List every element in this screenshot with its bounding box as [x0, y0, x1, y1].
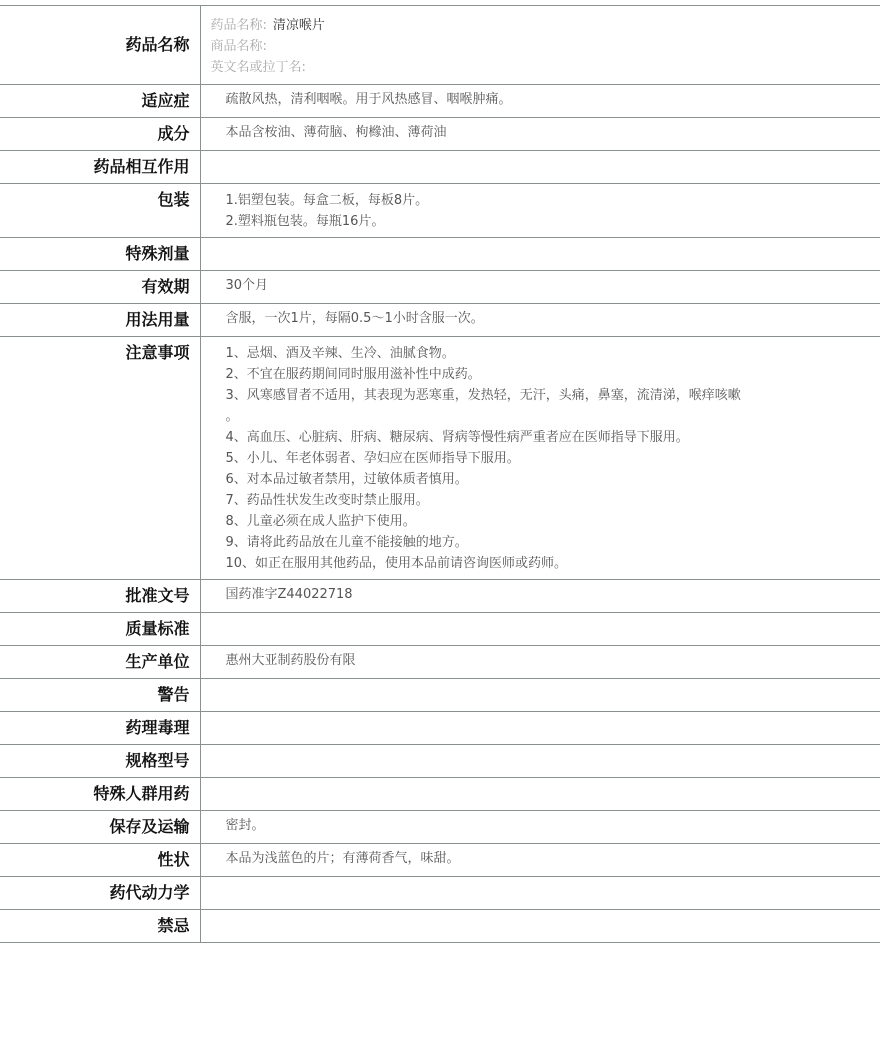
label-specification: 规格型号: [0, 745, 200, 778]
label-manufacturer: 生产单位: [0, 646, 200, 679]
label-warning: 警告: [0, 679, 200, 712]
precaution-item: 1、忌烟、酒及辛辣、生冷、油腻食物。: [226, 343, 880, 364]
row-precautions: 注意事项 1、忌烟、酒及辛辣、生冷、油腻食物。 2、不宜在服药期间同时服用滋补性…: [0, 337, 880, 580]
generic-name-value: 清凉喉片: [273, 18, 325, 33]
drug-spec-table: 药品名称 药品名称:清凉喉片 商品名称: 英文名或拉丁名: 适应症 疏散风热，清…: [0, 5, 880, 943]
row-specification: 规格型号: [0, 745, 880, 778]
precaution-item: 10、如正在服用其他药品，使用本品前请咨询医师或药师。: [226, 553, 880, 574]
value-special-dosage: [200, 238, 880, 271]
row-special-dosage: 特殊剂量: [0, 238, 880, 271]
generic-name-line: 药品名称:清凉喉片: [211, 15, 880, 36]
label-usage: 用法用量: [0, 304, 200, 337]
label-description: 性状: [0, 844, 200, 877]
value-packaging: 1.铝塑包装。每盒二板，每板8片。 2.塑料瓶包装。每瓶16片。: [200, 184, 880, 238]
value-storage: 密封。: [200, 811, 880, 844]
precaution-item: 8、儿童必须在成人监护下使用。: [226, 511, 880, 532]
label-special-dosage: 特殊剂量: [0, 238, 200, 271]
value-quality-standard: [200, 613, 880, 646]
english-name-line: 英文名或拉丁名:: [211, 57, 880, 78]
label-indications: 适应症: [0, 85, 200, 118]
row-pharmacokinetics: 药代动力学: [0, 877, 880, 910]
row-drug-name: 药品名称 药品名称:清凉喉片 商品名称: 英文名或拉丁名:: [0, 6, 880, 85]
generic-name-label: 药品名称:: [211, 18, 267, 33]
label-shelf-life: 有效期: [0, 271, 200, 304]
label-drug-name: 药品名称: [0, 6, 200, 85]
precaution-item: 6、对本品过敏者禁用，过敏体质者慎用。: [226, 469, 880, 490]
row-shelf-life: 有效期 30个月: [0, 271, 880, 304]
label-pharmacology: 药理毒理: [0, 712, 200, 745]
value-warning: [200, 679, 880, 712]
value-approval-number: 国药准字Z44022718: [200, 580, 880, 613]
label-interactions: 药品相互作用: [0, 151, 200, 184]
english-name-label: 英文名或拉丁名:: [211, 60, 306, 75]
value-description: 本品为浅蓝色的片；有薄荷香气，味甜。: [200, 844, 880, 877]
label-contraindications: 禁忌: [0, 910, 200, 943]
precaution-item: 7、药品性状发生改变时禁止服用。: [226, 490, 880, 511]
row-packaging: 包装 1.铝塑包装。每盒二板，每板8片。 2.塑料瓶包装。每瓶16片。: [0, 184, 880, 238]
row-warning: 警告: [0, 679, 880, 712]
trade-name-label: 商品名称:: [211, 39, 267, 54]
label-pharmacokinetics: 药代动力学: [0, 877, 200, 910]
row-quality-standard: 质量标准: [0, 613, 880, 646]
precaution-item: 2、不宜在服药期间同时服用滋补性中成药。: [226, 364, 880, 385]
value-pharmacokinetics: [200, 877, 880, 910]
packaging-line: 1.铝塑包装。每盒二板，每板8片。: [226, 190, 880, 211]
precaution-item: 。: [226, 406, 880, 427]
row-description: 性状 本品为浅蓝色的片；有薄荷香气，味甜。: [0, 844, 880, 877]
label-storage: 保存及运输: [0, 811, 200, 844]
label-special-groups: 特殊人群用药: [0, 778, 200, 811]
row-interactions: 药品相互作用: [0, 151, 880, 184]
value-usage: 含服，一次1片，每隔0.5～1小时含服一次。: [200, 304, 880, 337]
precaution-item: 4、高血压、心脏病、肝病、糖尿病、肾病等慢性病严重者应在医师指导下服用。: [226, 427, 880, 448]
label-approval-number: 批准文号: [0, 580, 200, 613]
value-shelf-life: 30个月: [200, 271, 880, 304]
value-indications: 疏散风热，清利咽喉。用于风热感冒、咽喉肿痛。: [200, 85, 880, 118]
row-special-groups: 特殊人群用药: [0, 778, 880, 811]
row-contraindications: 禁忌: [0, 910, 880, 943]
label-packaging: 包装: [0, 184, 200, 238]
packaging-line: 2.塑料瓶包装。每瓶16片。: [226, 211, 880, 232]
trade-name-line: 商品名称:: [211, 36, 880, 57]
value-drug-name: 药品名称:清凉喉片 商品名称: 英文名或拉丁名:: [200, 6, 880, 85]
label-ingredients: 成分: [0, 118, 200, 151]
row-manufacturer: 生产单位 惠州大亚制药股份有限: [0, 646, 880, 679]
row-ingredients: 成分 本品含桉油、薄荷脑、枸橼油、薄荷油: [0, 118, 880, 151]
precaution-item: 3、风寒感冒者不适用，其表现为恶寒重，发热轻，无汗，头痛，鼻塞，流清涕，喉痒咳嗽: [226, 385, 880, 406]
row-pharmacology: 药理毒理: [0, 712, 880, 745]
value-pharmacology: [200, 712, 880, 745]
label-precautions: 注意事项: [0, 337, 200, 580]
value-specification: [200, 745, 880, 778]
value-contraindications: [200, 910, 880, 943]
row-usage: 用法用量 含服，一次1片，每隔0.5～1小时含服一次。: [0, 304, 880, 337]
value-ingredients: 本品含桉油、薄荷脑、枸橼油、薄荷油: [200, 118, 880, 151]
value-manufacturer: 惠州大亚制药股份有限: [200, 646, 880, 679]
row-approval-number: 批准文号 国药准字Z44022718: [0, 580, 880, 613]
value-precautions: 1、忌烟、酒及辛辣、生冷、油腻食物。 2、不宜在服药期间同时服用滋补性中成药。 …: [200, 337, 880, 580]
row-storage: 保存及运输 密封。: [0, 811, 880, 844]
precaution-item: 5、小儿、年老体弱者、孕妇应在医师指导下服用。: [226, 448, 880, 469]
precaution-item: 9、请将此药品放在儿童不能接触的地方。: [226, 532, 880, 553]
row-indications: 适应症 疏散风热，清利咽喉。用于风热感冒、咽喉肿痛。: [0, 85, 880, 118]
value-special-groups: [200, 778, 880, 811]
label-quality-standard: 质量标准: [0, 613, 200, 646]
value-interactions: [200, 151, 880, 184]
drug-spec-sheet: 药品名称 药品名称:清凉喉片 商品名称: 英文名或拉丁名: 适应症 疏散风热，清…: [0, 5, 880, 943]
